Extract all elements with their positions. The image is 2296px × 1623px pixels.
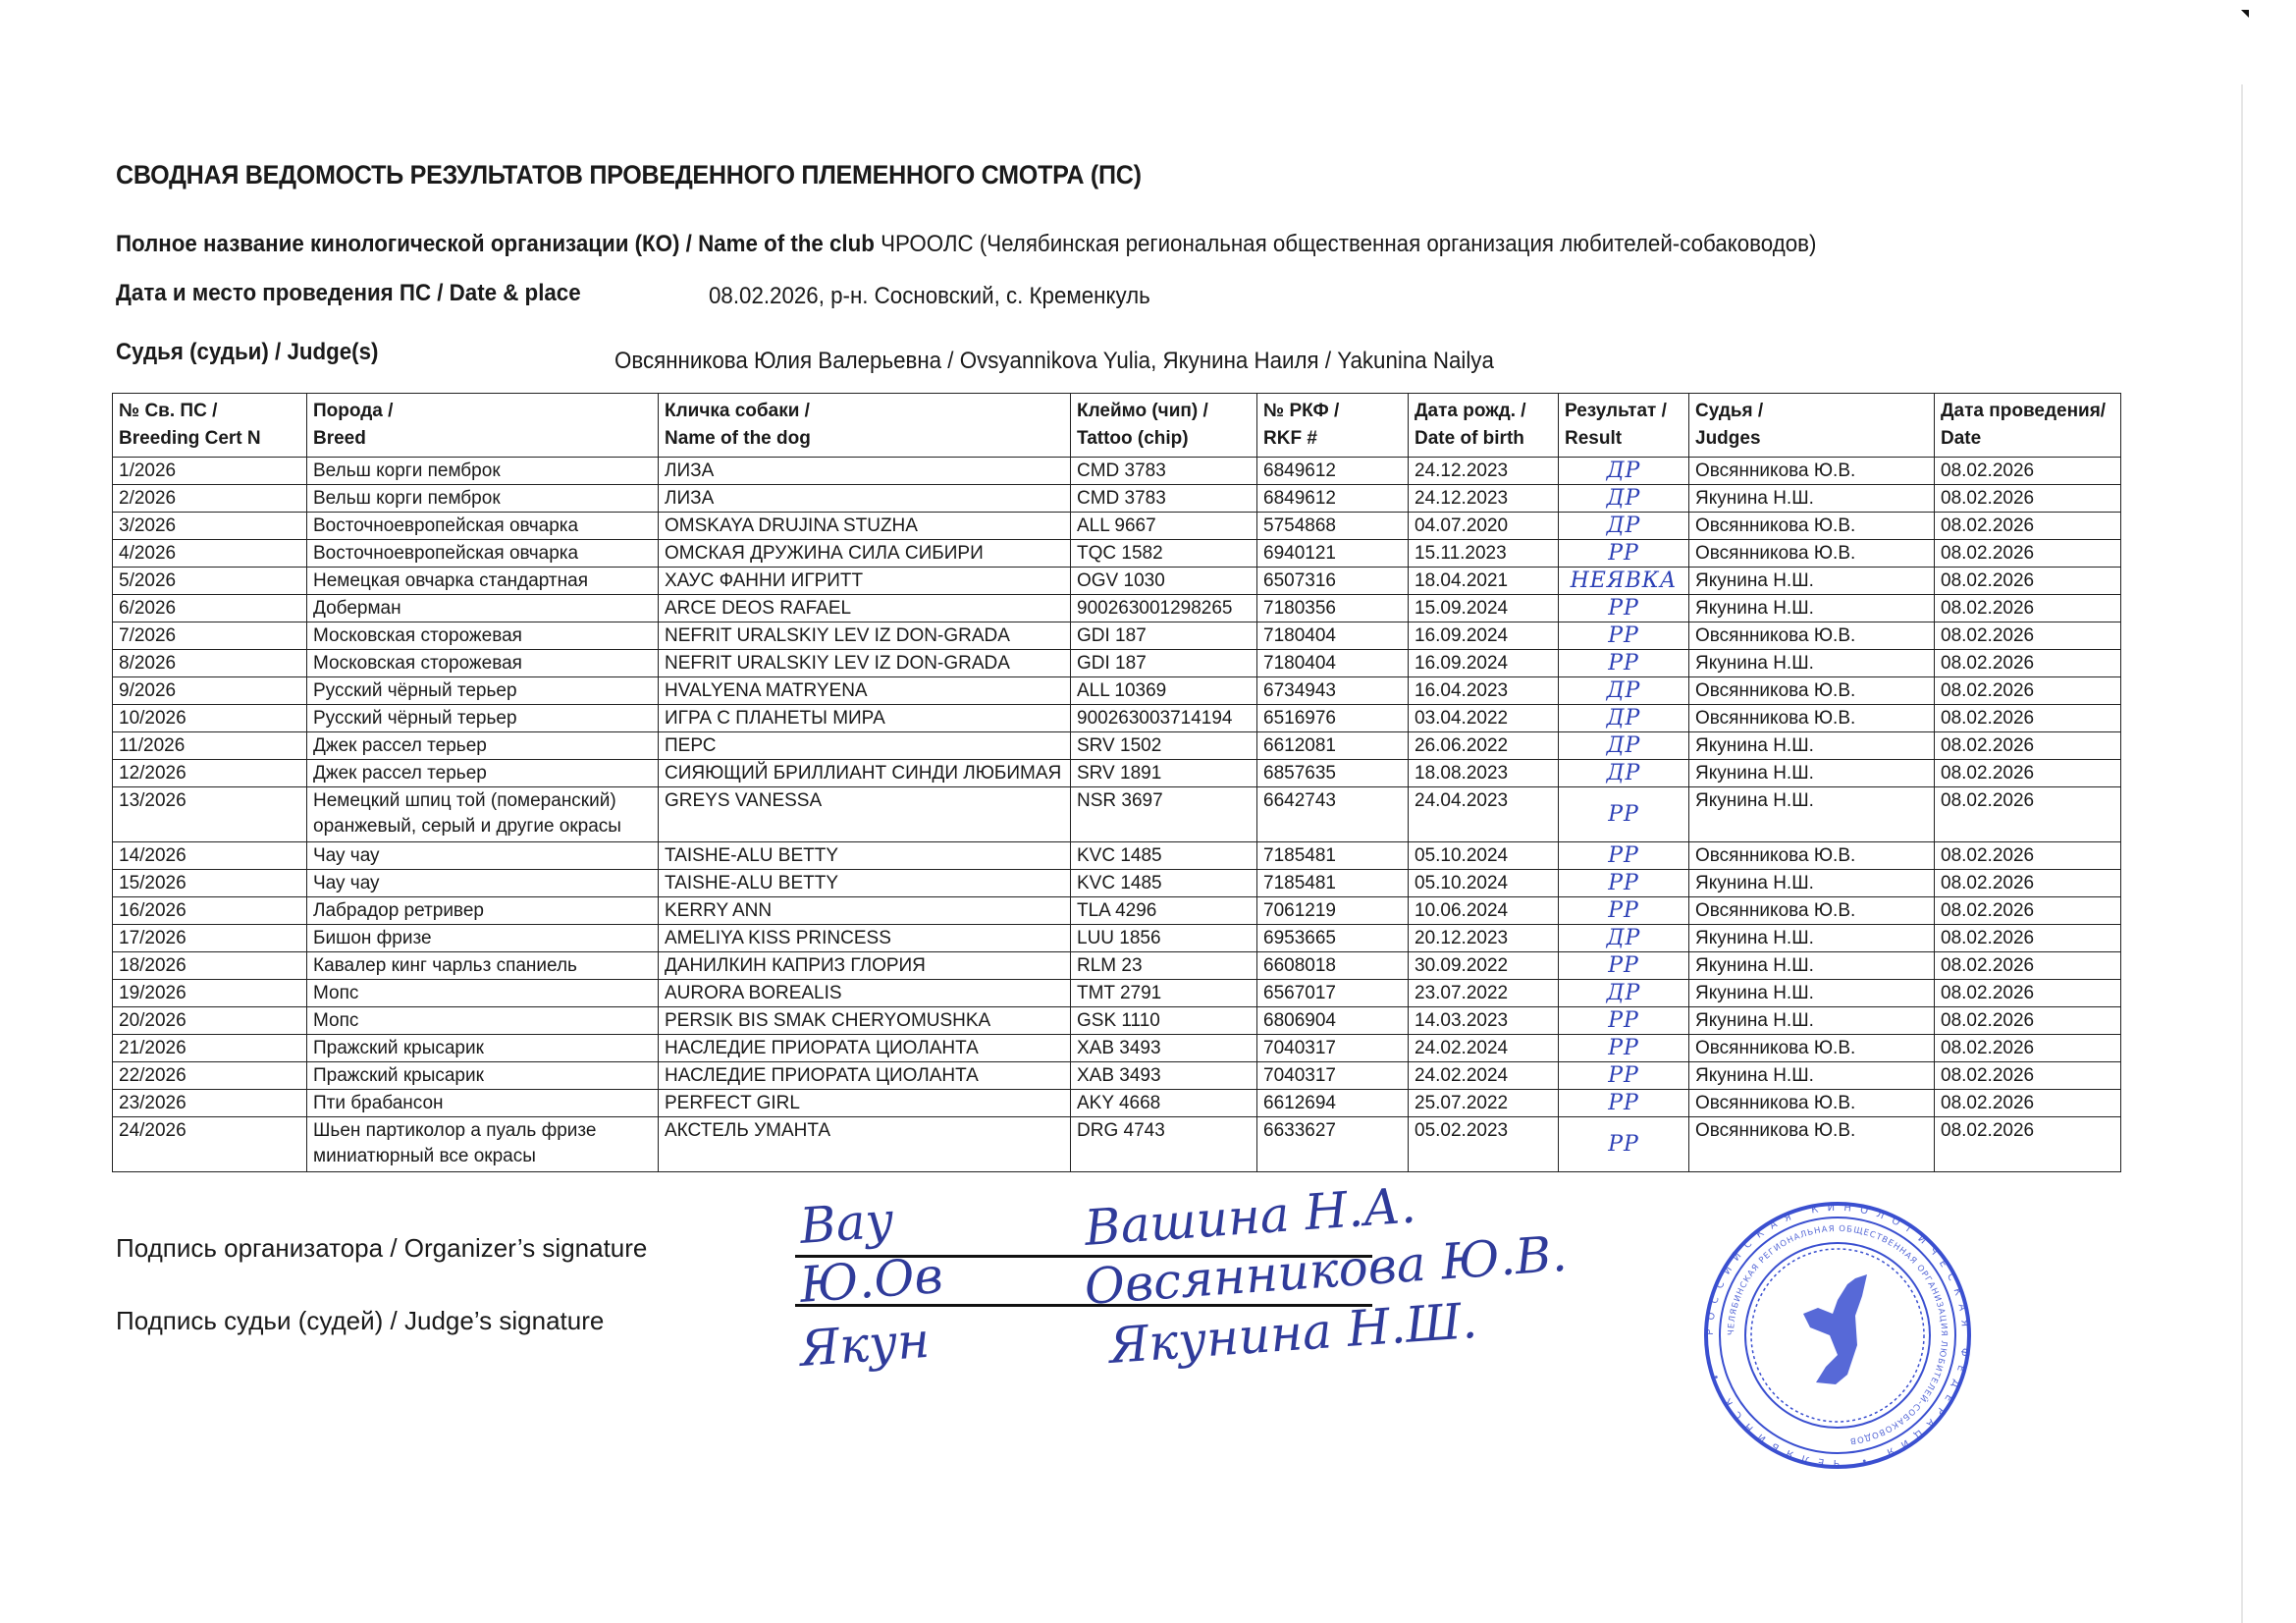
show-date-cell: 08.02.2026 <box>1935 677 2121 705</box>
dog-name-cell: ОМСКАЯ ДРУЖИНА СИЛА СИБИРИ <box>659 540 1071 568</box>
tattoo-cell: SRV 1502 <box>1071 732 1257 760</box>
judge2-signature-scribble: Якун <box>798 1312 932 1378</box>
table-row: 21/2026Пражский крысарикНАСЛЕДИЕ ПРИОРАТ… <box>113 1035 2121 1062</box>
result-cell: ДР <box>1559 925 1689 952</box>
breed-cell: Русский чёрный терьер <box>307 677 659 705</box>
cert-number-cell: 9/2026 <box>113 677 307 705</box>
table-row: 14/2026Чау чауTAISHE-ALU BETTYKVC 148571… <box>113 842 2121 870</box>
show-date-cell: 08.02.2026 <box>1935 897 2121 925</box>
cert-number-cell: 3/2026 <box>113 513 307 540</box>
judge-cell: Якунина Н.Ш. <box>1689 870 1935 897</box>
show-date-cell: 08.02.2026 <box>1935 1117 2121 1172</box>
header-label-ru: Порода / <box>313 398 652 425</box>
dog-name-cell: AURORA BOREALIS <box>659 980 1071 1007</box>
breed-cell: Вельш корги пемброк <box>307 485 659 513</box>
birth-date-cell: 24.04.2023 <box>1409 787 1559 842</box>
judge-cell: Овсянникова Ю.В. <box>1689 842 1935 870</box>
cert-number-cell: 7/2026 <box>113 622 307 650</box>
cert-number-cell: 8/2026 <box>113 650 307 677</box>
cert-number-cell: 16/2026 <box>113 897 307 925</box>
header-label-en: RKF # <box>1263 425 1402 453</box>
column-header: Дата рожд. /Date of birth <box>1409 394 1559 458</box>
judge1-signature-scribble: Ю.Ов <box>798 1247 944 1314</box>
cert-number-cell: 18/2026 <box>113 952 307 980</box>
tattoo-cell: KVC 1485 <box>1071 842 1257 870</box>
corner-mark-icon <box>2241 10 2249 18</box>
table-row: 22/2026Пражский крысарикНАСЛЕДИЕ ПРИОРАТ… <box>113 1062 2121 1090</box>
table-row: 17/2026Бишон фризеAMELIYA KISS PRINCESSL… <box>113 925 2121 952</box>
dog-name-cell: АКСТЕЛЬ УМАНТА <box>659 1117 1071 1172</box>
header-label-en: Judges <box>1695 425 1928 453</box>
tattoo-cell: GDI 187 <box>1071 622 1257 650</box>
column-header: Судья /Judges <box>1689 394 1935 458</box>
birth-date-cell: 18.08.2023 <box>1409 760 1559 787</box>
breed-cell: Джек рассел терьер <box>307 732 659 760</box>
judges-label: Судья (судьи) / Judge(s) <box>116 339 378 365</box>
table-row: 5/2026Немецкая овчарка стандартнаяХАУС Ф… <box>113 568 2121 595</box>
dog-name-cell: ХАУС ФАННИ ИГРИТТ <box>659 568 1071 595</box>
rkf-number-cell: 7061219 <box>1257 897 1409 925</box>
rkf-number-cell: 6633627 <box>1257 1117 1409 1172</box>
cert-number-cell: 21/2026 <box>113 1035 307 1062</box>
birth-date-cell: 05.02.2023 <box>1409 1117 1559 1172</box>
cert-number-cell: 2/2026 <box>113 485 307 513</box>
show-date-cell: 08.02.2026 <box>1935 568 2121 595</box>
breed-cell: Доберман <box>307 595 659 622</box>
header-label-en: Result <box>1565 425 1682 453</box>
tattoo-cell: ALL 9667 <box>1071 513 1257 540</box>
organizer-signature-label: Подпись организатора / Organizer’s signa… <box>116 1233 647 1264</box>
birth-date-cell: 03.04.2022 <box>1409 705 1559 732</box>
rkf-number-cell: 6567017 <box>1257 980 1409 1007</box>
table-row: 18/2026Кавалер кинг чарльз спаниельДАНИЛ… <box>113 952 2121 980</box>
rkf-number-cell: 7180404 <box>1257 650 1409 677</box>
rkf-number-cell: 7180356 <box>1257 595 1409 622</box>
breed-cell: Немецкая овчарка стандартная <box>307 568 659 595</box>
result-cell: ДР <box>1559 485 1689 513</box>
birth-date-cell: 16.09.2024 <box>1409 622 1559 650</box>
column-header: № Св. ПС /Breeding Cert N <box>113 394 307 458</box>
show-date-cell: 08.02.2026 <box>1935 842 2121 870</box>
table-row: 6/2026ДоберманARCE DEOS RAFAEL9002630012… <box>113 595 2121 622</box>
cert-number-cell: 4/2026 <box>113 540 307 568</box>
result-cell: РР <box>1559 952 1689 980</box>
tattoo-cell: CMD 3783 <box>1071 458 1257 485</box>
judge-cell: Овсянникова Ю.В. <box>1689 622 1935 650</box>
tattoo-cell: AKY 4668 <box>1071 1090 1257 1117</box>
tattoo-cell: DRG 4743 <box>1071 1117 1257 1172</box>
birth-date-cell: 10.06.2024 <box>1409 897 1559 925</box>
cert-number-cell: 5/2026 <box>113 568 307 595</box>
birth-date-cell: 04.07.2020 <box>1409 513 1559 540</box>
column-header: Кличка собаки /Name of the dog <box>659 394 1071 458</box>
rkf-number-cell: 7040317 <box>1257 1035 1409 1062</box>
club-label: Полное название кинологической организац… <box>116 231 875 257</box>
page-edge <box>2241 84 2243 1623</box>
tattoo-cell: XAB 3493 <box>1071 1062 1257 1090</box>
header-label-en: Name of the dog <box>665 425 1064 453</box>
header-label-en: Date of birth <box>1415 425 1552 453</box>
judge-cell: Якунина Н.Ш. <box>1689 760 1935 787</box>
judge-signature-label: Подпись судьи (судей) / Judge’s signatur… <box>116 1306 604 1336</box>
judge-cell: Якунина Н.Ш. <box>1689 787 1935 842</box>
show-date-cell: 08.02.2026 <box>1935 732 2121 760</box>
club-line: Полное название кинологической организац… <box>116 231 1816 258</box>
table-row: 11/2026Джек рассел терьерПЕРСSRV 1502661… <box>113 732 2121 760</box>
table-row: 16/2026Лабрадор ретриверKERRY ANNTLA 429… <box>113 897 2121 925</box>
table-row: 8/2026Московская сторожеваяNEFRIT URALSK… <box>113 650 2121 677</box>
rkf-number-cell: 6857635 <box>1257 760 1409 787</box>
result-cell: РР <box>1559 1117 1689 1172</box>
judge-cell: Овсянникова Ю.В. <box>1689 1035 1935 1062</box>
show-date-cell: 08.02.2026 <box>1935 513 2121 540</box>
table-row: 9/2026Русский чёрный терьерHVALYENA MATR… <box>113 677 2121 705</box>
result-cell: РР <box>1559 842 1689 870</box>
header-label-ru: Клеймо (чип) / <box>1077 398 1251 425</box>
tattoo-cell: LUU 1856 <box>1071 925 1257 952</box>
rkf-number-cell: 6516976 <box>1257 705 1409 732</box>
header-label-ru: № Св. ПС / <box>119 398 300 425</box>
dog-name-cell: KERRY ANN <box>659 897 1071 925</box>
rkf-number-cell: 6507316 <box>1257 568 1409 595</box>
rkf-number-cell: 7040317 <box>1257 1062 1409 1090</box>
result-cell: ДР <box>1559 513 1689 540</box>
show-date-cell: 08.02.2026 <box>1935 458 2121 485</box>
breed-cell: Лабрадор ретривер <box>307 897 659 925</box>
header-label-en: Date <box>1941 425 2114 453</box>
breed-cell: Чау чау <box>307 842 659 870</box>
table-row: 19/2026МопсAURORA BOREALISTMT 2791656701… <box>113 980 2121 1007</box>
show-date-cell: 08.02.2026 <box>1935 760 2121 787</box>
breed-cell: Шьен партиколор а пуаль фризе миниатюрны… <box>307 1117 659 1172</box>
show-date-cell: 08.02.2026 <box>1935 650 2121 677</box>
show-date-cell: 08.02.2026 <box>1935 1035 2121 1062</box>
result-cell: РР <box>1559 540 1689 568</box>
birth-date-cell: 18.04.2021 <box>1409 568 1559 595</box>
show-date-cell: 08.02.2026 <box>1935 485 2121 513</box>
rkf-number-cell: 7185481 <box>1257 870 1409 897</box>
dog-name-cell: OMSKAYA DRUJINA STUZHA <box>659 513 1071 540</box>
header-label-en: Tattoo (chip) <box>1077 425 1251 453</box>
birth-date-cell: 30.09.2022 <box>1409 952 1559 980</box>
date-place-label: Дата и место проведения ПС / Date & plac… <box>116 280 581 306</box>
rkf-number-cell: 6734943 <box>1257 677 1409 705</box>
birth-date-cell: 26.06.2022 <box>1409 732 1559 760</box>
show-date-cell: 08.02.2026 <box>1935 952 2121 980</box>
cert-number-cell: 14/2026 <box>113 842 307 870</box>
birth-date-cell: 24.02.2024 <box>1409 1035 1559 1062</box>
show-date-cell: 08.02.2026 <box>1935 540 2121 568</box>
tattoo-cell: RLM 23 <box>1071 952 1257 980</box>
tattoo-cell: TMT 2791 <box>1071 980 1257 1007</box>
dog-name-cell: TAISHE-ALU BETTY <box>659 870 1071 897</box>
table-row: 12/2026Джек рассел терьерСИЯЮЩИЙ БРИЛЛИА… <box>113 760 2121 787</box>
show-date-cell: 08.02.2026 <box>1935 1007 2121 1035</box>
breed-cell: Мопс <box>307 980 659 1007</box>
dog-name-cell: NEFRIT URALSKIY LEV IZ DON-GRADA <box>659 650 1071 677</box>
cert-number-cell: 22/2026 <box>113 1062 307 1090</box>
rkf-number-cell: 5754868 <box>1257 513 1409 540</box>
rkf-number-cell: 6642743 <box>1257 787 1409 842</box>
header-label-ru: Дата проведения/ <box>1941 398 2114 425</box>
breed-cell: Немецкий шпиц той (померанский) оранжевы… <box>307 787 659 842</box>
breed-cell: Пражский крысарик <box>307 1035 659 1062</box>
birth-date-cell: 20.12.2023 <box>1409 925 1559 952</box>
birth-date-cell: 16.09.2024 <box>1409 650 1559 677</box>
header-label-ru: Дата рожд. / <box>1415 398 1552 425</box>
table-row: 15/2026Чау чауTAISHE-ALU BETTYKVC 148571… <box>113 870 2121 897</box>
header-label-en: Breeding Cert N <box>119 425 300 453</box>
tattoo-cell: KVC 1485 <box>1071 870 1257 897</box>
rkf-number-cell: 6849612 <box>1257 485 1409 513</box>
dog-name-cell: ЛИЗА <box>659 458 1071 485</box>
result-cell: РР <box>1559 787 1689 842</box>
rkf-number-cell: 6940121 <box>1257 540 1409 568</box>
rkf-number-cell: 6806904 <box>1257 1007 1409 1035</box>
result-cell: РР <box>1559 650 1689 677</box>
dog-name-cell: ARCE DEOS RAFAEL <box>659 595 1071 622</box>
judge-cell: Якунина Н.Ш. <box>1689 595 1935 622</box>
result-cell: РР <box>1559 870 1689 897</box>
column-header: Порода /Breed <box>307 394 659 458</box>
table-row: 13/2026Немецкий шпиц той (померанский) о… <box>113 787 2121 842</box>
result-cell: РР <box>1559 1035 1689 1062</box>
judge-cell: Якунина Н.Ш. <box>1689 485 1935 513</box>
birth-date-cell: 15.09.2024 <box>1409 595 1559 622</box>
result-cell: РР <box>1559 1007 1689 1035</box>
cert-number-cell: 23/2026 <box>113 1090 307 1117</box>
breed-cell: Восточноевропейская овчарка <box>307 513 659 540</box>
breed-cell: Русский чёрный терьер <box>307 705 659 732</box>
rkf-number-cell: 6953665 <box>1257 925 1409 952</box>
tattoo-cell: GDI 187 <box>1071 650 1257 677</box>
document-title: СВОДНАЯ ВЕДОМОСТЬ РЕЗУЛЬТАТОВ ПРОВЕДЕННО… <box>116 160 1142 190</box>
result-cell: РР <box>1559 595 1689 622</box>
dog-name-cell: HVALYENA MATRYENA <box>659 677 1071 705</box>
results-table: № Св. ПС /Breeding Cert NПорода /BreedКл… <box>112 393 2121 1172</box>
birth-date-cell: 05.10.2024 <box>1409 870 1559 897</box>
header-label-ru: № РКФ / <box>1263 398 1402 425</box>
breed-cell: Бишон фризе <box>307 925 659 952</box>
result-cell: РР <box>1559 897 1689 925</box>
birth-date-cell: 16.04.2023 <box>1409 677 1559 705</box>
cert-number-cell: 6/2026 <box>113 595 307 622</box>
dog-name-cell: ИГРА С ПЛАНЕТЫ МИРА <box>659 705 1071 732</box>
tattoo-cell: OGV 1030 <box>1071 568 1257 595</box>
table-row: 24/2026Шьен партиколор а пуаль фризе мин… <box>113 1117 2121 1172</box>
breed-cell: Московская сторожевая <box>307 650 659 677</box>
birth-date-cell: 05.10.2024 <box>1409 842 1559 870</box>
result-cell: ДР <box>1559 760 1689 787</box>
dog-name-cell: НАСЛЕДИЕ ПРИОРАТА ЦИОЛАНТА <box>659 1035 1071 1062</box>
table-row: 4/2026Восточноевропейская овчаркаОМСКАЯ … <box>113 540 2121 568</box>
date-place-line: Дата и место проведения ПС / Date & plac… <box>116 280 581 307</box>
rkf-number-cell: 6612694 <box>1257 1090 1409 1117</box>
tattoo-cell: TQC 1582 <box>1071 540 1257 568</box>
round-seal-stamp-icon: РОССИЙСКАЯ КИНОЛОГИЧЕСКАЯ ФЕДЕРАЦИЯ • ЧЕ… <box>1700 1198 1975 1473</box>
judge-cell: Якунина Н.Ш. <box>1689 952 1935 980</box>
table-header-row: № Св. ПС /Breeding Cert NПорода /BreedКл… <box>113 394 2121 458</box>
result-cell: ДР <box>1559 677 1689 705</box>
cert-number-cell: 15/2026 <box>113 870 307 897</box>
breed-cell: Чау чау <box>307 870 659 897</box>
header-label-ru: Кличка собаки / <box>665 398 1064 425</box>
result-cell: РР <box>1559 1090 1689 1117</box>
cert-number-cell: 20/2026 <box>113 1007 307 1035</box>
judge-cell: Овсянникова Ю.В. <box>1689 677 1935 705</box>
tattoo-cell: SRV 1891 <box>1071 760 1257 787</box>
breed-cell: Джек рассел терьер <box>307 760 659 787</box>
birth-date-cell: 15.11.2023 <box>1409 540 1559 568</box>
rkf-number-cell: 7185481 <box>1257 842 1409 870</box>
judge-cell: Якунина Н.Ш. <box>1689 650 1935 677</box>
header-label-en: Breed <box>313 425 652 453</box>
result-cell: ДР <box>1559 980 1689 1007</box>
breed-cell: Московская сторожевая <box>307 622 659 650</box>
table-row: 3/2026Восточноевропейская овчаркаOMSKAYA… <box>113 513 2121 540</box>
cert-number-cell: 24/2026 <box>113 1117 307 1172</box>
club-value: ЧРООЛС (Челябинская региональная обществ… <box>881 231 1816 257</box>
column-header: № РКФ /RKF # <box>1257 394 1409 458</box>
dog-name-cell: ПЕРС <box>659 732 1071 760</box>
birth-date-cell: 25.07.2022 <box>1409 1090 1559 1117</box>
rkf-number-cell: 6608018 <box>1257 952 1409 980</box>
show-date-cell: 08.02.2026 <box>1935 705 2121 732</box>
show-date-cell: 08.02.2026 <box>1935 980 2121 1007</box>
tattoo-cell: GSK 1110 <box>1071 1007 1257 1035</box>
judge-cell: Якунина Н.Ш. <box>1689 1062 1935 1090</box>
breed-cell: Вельш корги пемброк <box>307 458 659 485</box>
date-place-value: 08.02.2026, р-н. Сосновский, с. Кременку… <box>709 283 1150 310</box>
cert-number-cell: 19/2026 <box>113 980 307 1007</box>
birth-date-cell: 24.12.2023 <box>1409 458 1559 485</box>
dog-name-cell: NEFRIT URALSKIY LEV IZ DON-GRADA <box>659 622 1071 650</box>
table-row: 1/2026Вельш корги пемброкЛИЗАCMD 3783684… <box>113 458 2121 485</box>
judge-cell: Овсянникова Ю.В. <box>1689 897 1935 925</box>
tattoo-cell: 900263001298265 <box>1071 595 1257 622</box>
judge-cell: Якунина Н.Ш. <box>1689 925 1935 952</box>
result-cell: РР <box>1559 1062 1689 1090</box>
column-header: Клеймо (чип) /Tattoo (chip) <box>1071 394 1257 458</box>
rkf-number-cell: 6849612 <box>1257 458 1409 485</box>
rkf-number-cell: 7180404 <box>1257 622 1409 650</box>
show-date-cell: 08.02.2026 <box>1935 870 2121 897</box>
header-label-ru: Результат / <box>1565 398 1682 425</box>
judges-line: Судья (судьи) / Judge(s) <box>116 339 378 366</box>
cert-number-cell: 17/2026 <box>113 925 307 952</box>
cert-number-cell: 12/2026 <box>113 760 307 787</box>
table-row: 10/2026Русский чёрный терьерИГРА С ПЛАНЕ… <box>113 705 2121 732</box>
result-cell: ДР <box>1559 732 1689 760</box>
show-date-cell: 08.02.2026 <box>1935 1090 2121 1117</box>
show-date-cell: 08.02.2026 <box>1935 787 2121 842</box>
tattoo-cell: NSR 3697 <box>1071 787 1257 842</box>
column-header: Результат /Result <box>1559 394 1689 458</box>
cert-number-cell: 11/2026 <box>113 732 307 760</box>
judge-cell: Якунина Н.Ш. <box>1689 568 1935 595</box>
dog-name-cell: НАСЛЕДИЕ ПРИОРАТА ЦИОЛАНТА <box>659 1062 1071 1090</box>
show-date-cell: 08.02.2026 <box>1935 622 2121 650</box>
dog-name-cell: СИЯЮЩИЙ БРИЛЛИАНТ СИНДИ ЛЮБИМАЯ <box>659 760 1071 787</box>
tattoo-cell: XAB 3493 <box>1071 1035 1257 1062</box>
tattoo-cell: CMD 3783 <box>1071 485 1257 513</box>
birth-date-cell: 23.07.2022 <box>1409 980 1559 1007</box>
table-body: 1/2026Вельш корги пемброкЛИЗАCMD 3783684… <box>113 458 2121 1172</box>
dog-name-cell: TAISHE-ALU BETTY <box>659 842 1071 870</box>
tattoo-cell: ALL 10369 <box>1071 677 1257 705</box>
dog-name-cell: AMELIYA KISS PRINCESS <box>659 925 1071 952</box>
organizer-signature-scribble: Вау <box>798 1191 895 1255</box>
cert-number-cell: 13/2026 <box>113 787 307 842</box>
breed-cell: Мопс <box>307 1007 659 1035</box>
judge-cell: Овсянникова Ю.В. <box>1689 705 1935 732</box>
judge-cell: Овсянникова Ю.В. <box>1689 458 1935 485</box>
result-cell: ДР <box>1559 705 1689 732</box>
judge-cell: Якунина Н.Ш. <box>1689 1007 1935 1035</box>
result-cell: ДР <box>1559 458 1689 485</box>
cert-number-cell: 1/2026 <box>113 458 307 485</box>
dog-name-cell: GREYS VANESSA <box>659 787 1071 842</box>
judge-cell: Овсянникова Ю.В. <box>1689 1090 1935 1117</box>
show-date-cell: 08.02.2026 <box>1935 1062 2121 1090</box>
result-cell: НЕЯВКА <box>1559 568 1689 595</box>
tattoo-cell: TLA 4296 <box>1071 897 1257 925</box>
breed-cell: Восточноевропейская овчарка <box>307 540 659 568</box>
judge-cell: Овсянникова Ю.В. <box>1689 540 1935 568</box>
breed-cell: Пти брабансон <box>307 1090 659 1117</box>
judge-cell: Якунина Н.Ш. <box>1689 980 1935 1007</box>
table-row: 23/2026Пти брабансонPERFECT GIRLAKY 4668… <box>113 1090 2121 1117</box>
table-row: 20/2026МопсPERSIK BIS SMAK CHERYOMUSHKAG… <box>113 1007 2121 1035</box>
judge-cell: Якунина Н.Ш. <box>1689 732 1935 760</box>
table-row: 2/2026Вельш корги пемброкЛИЗАCMD 3783684… <box>113 485 2121 513</box>
judge-cell: Овсянникова Ю.В. <box>1689 513 1935 540</box>
breed-cell: Пражский крысарик <box>307 1062 659 1090</box>
birth-date-cell: 24.12.2023 <box>1409 485 1559 513</box>
tattoo-cell: 900263003714194 <box>1071 705 1257 732</box>
judge-cell: Овсянникова Ю.В. <box>1689 1117 1935 1172</box>
dog-name-cell: ЛИЗА <box>659 485 1071 513</box>
cert-number-cell: 10/2026 <box>113 705 307 732</box>
rkf-number-cell: 6612081 <box>1257 732 1409 760</box>
table-row: 7/2026Московская сторожеваяNEFRIT URALSK… <box>113 622 2121 650</box>
header-label-ru: Судья / <box>1695 398 1928 425</box>
show-date-cell: 08.02.2026 <box>1935 925 2121 952</box>
birth-date-cell: 14.03.2023 <box>1409 1007 1559 1035</box>
show-date-cell: 08.02.2026 <box>1935 595 2121 622</box>
dog-name-cell: PERSIK BIS SMAK CHERYOMUSHKA <box>659 1007 1071 1035</box>
dog-name-cell: PERFECT GIRL <box>659 1090 1071 1117</box>
birth-date-cell: 24.02.2024 <box>1409 1062 1559 1090</box>
column-header: Дата проведения/Date <box>1935 394 2121 458</box>
result-cell: РР <box>1559 622 1689 650</box>
breed-cell: Кавалер кинг чарльз спаниель <box>307 952 659 980</box>
dog-name-cell: ДАНИЛКИН КАПРИЗ ГЛОРИЯ <box>659 952 1071 980</box>
judges-value: Овсянникова Юлия Валерьевна / Ovsyanniko… <box>614 348 1494 375</box>
